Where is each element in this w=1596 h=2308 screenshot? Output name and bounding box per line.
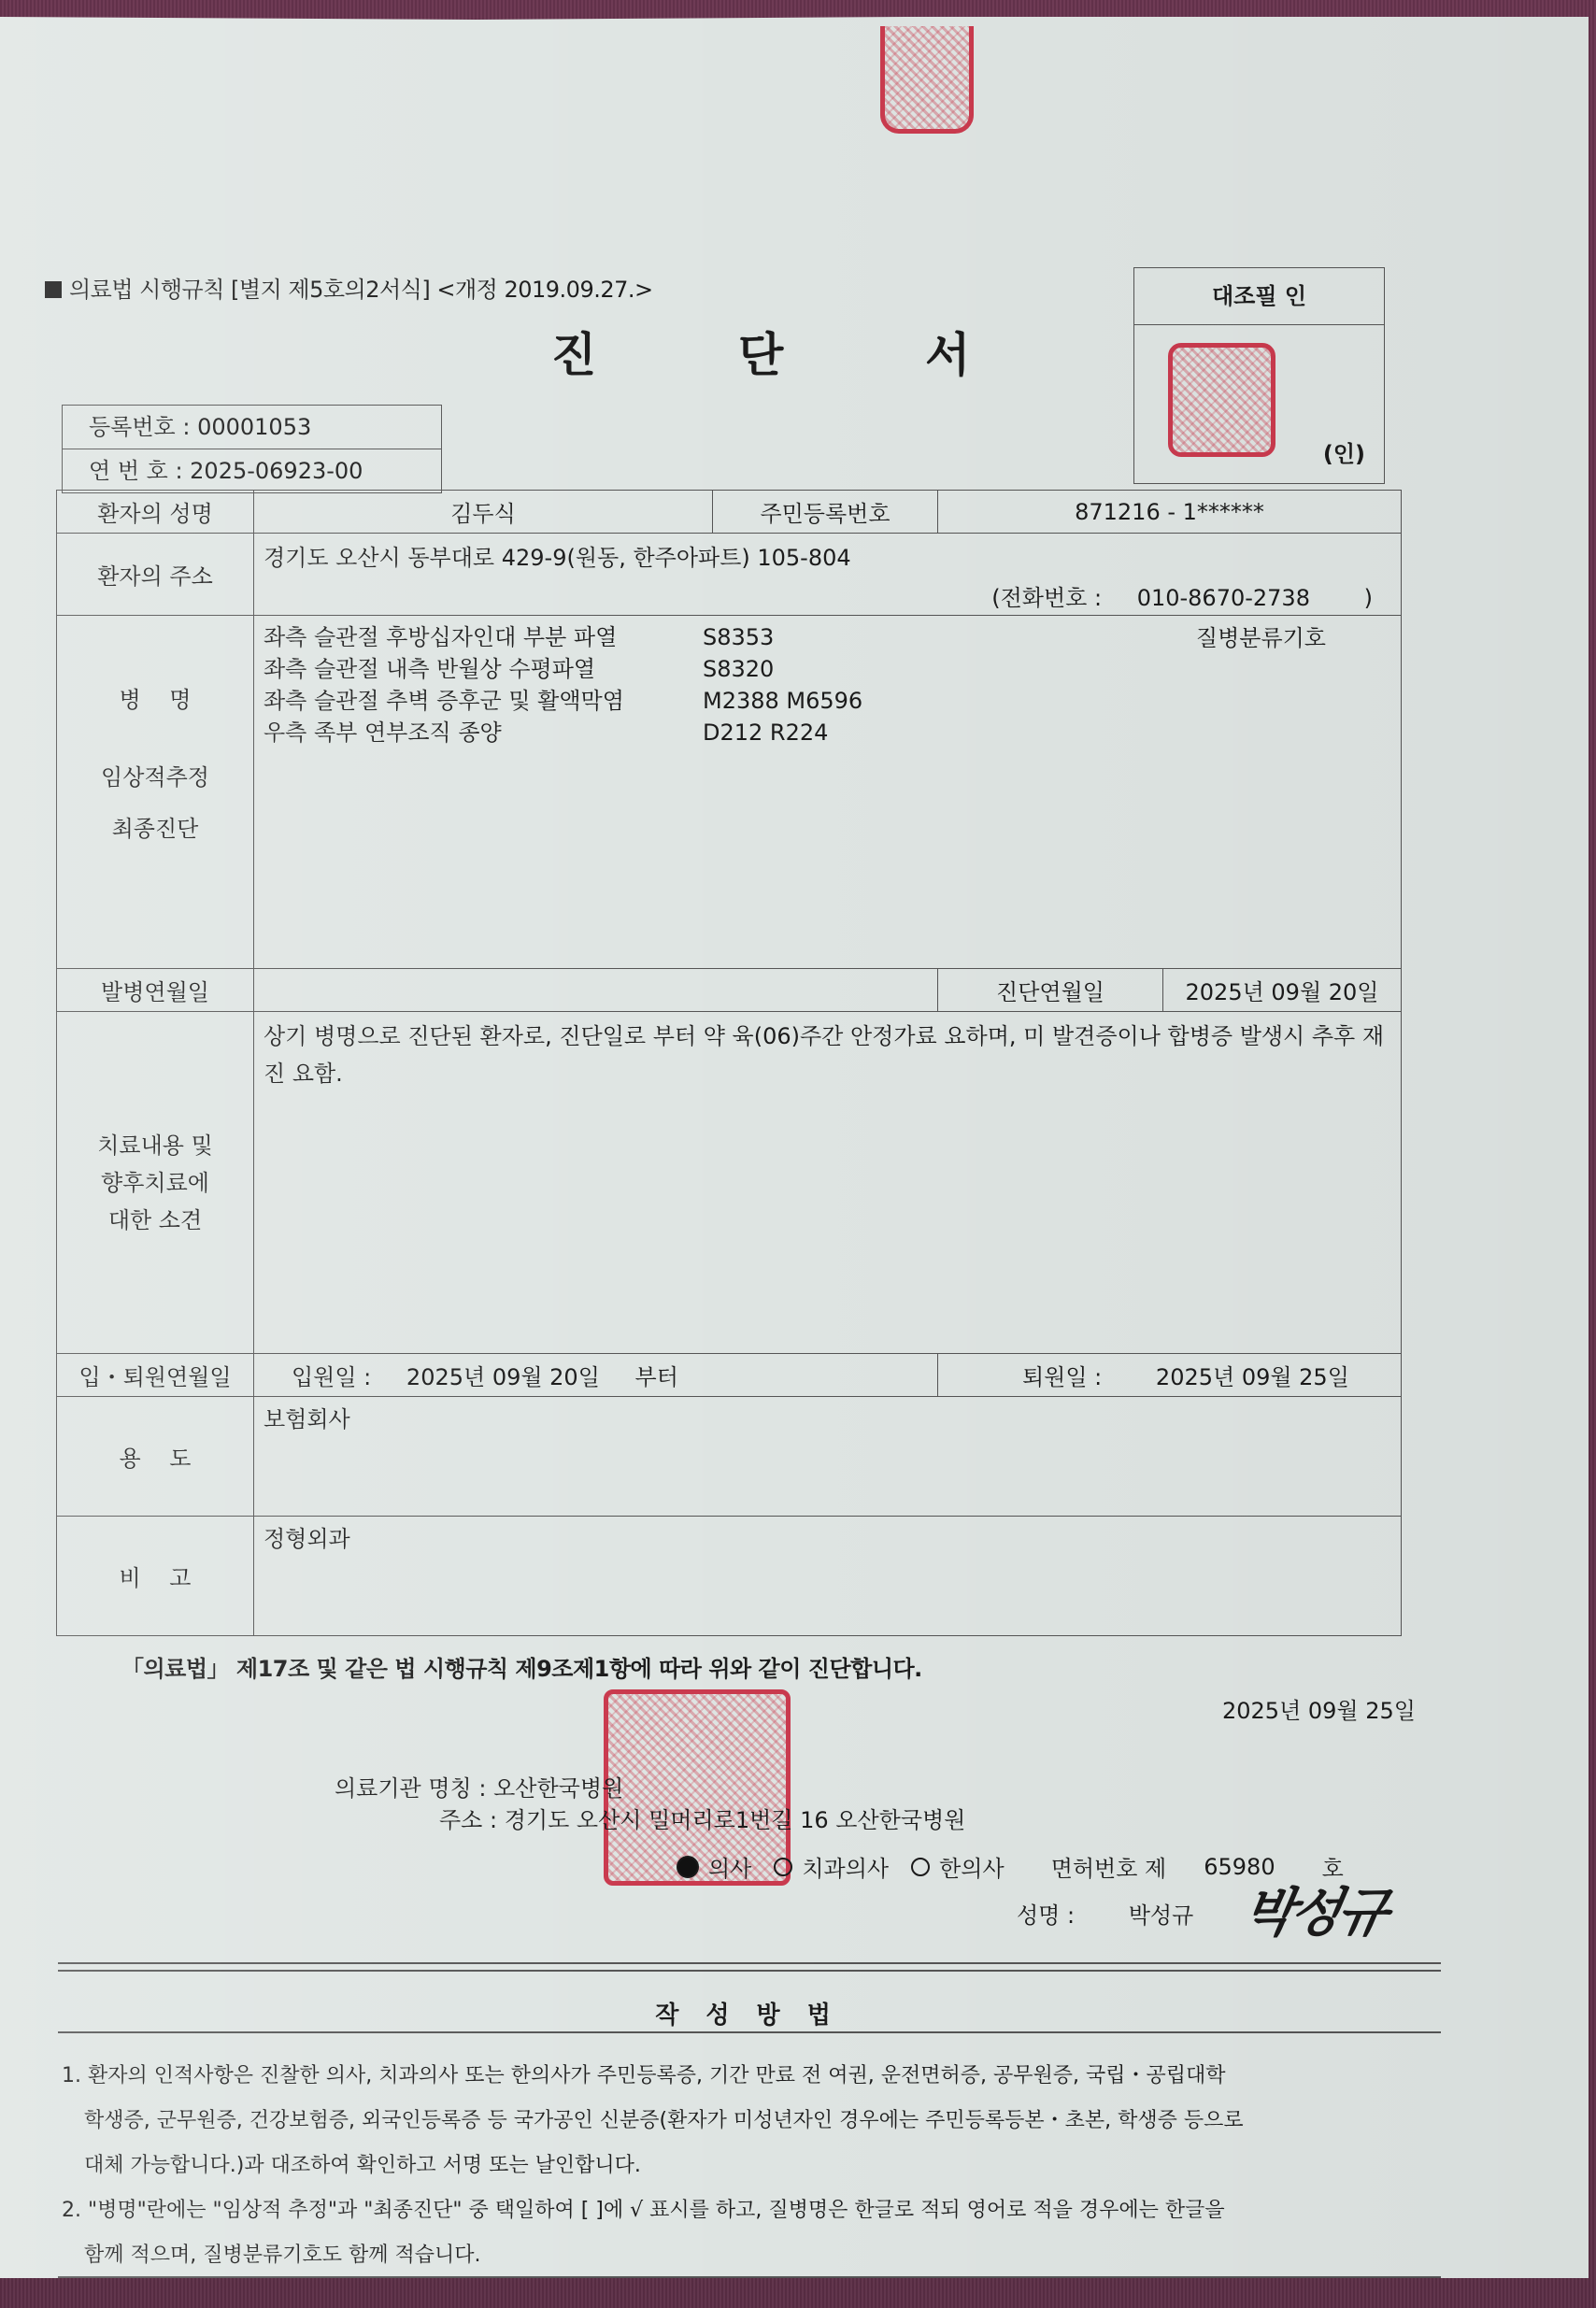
divider (58, 1962, 1441, 1964)
form-reference: 의료법 시행규칙 [별지 제5호의2서식] <개정 2019.09.27.> (45, 271, 653, 304)
instruction-line: 대체 가능합니다.)과 대조하여 확인하고 서명 또는 날인합니다. (62, 2144, 1417, 2188)
final-diagnosis-label: 최종진단 (66, 810, 244, 843)
divider (58, 2031, 1441, 2033)
title-char: 진 (551, 318, 738, 385)
treatment-label: 치료내용 및 향후치료에 대한 소견 (57, 1012, 254, 1354)
institution-address: 경기도 오산시 밀머리로1번길 16 오산한국병원 (505, 1807, 966, 1833)
discharge-date-cell: 퇴원일 : 2025년 09월 25일 (938, 1354, 1402, 1397)
remarks-label: 비 고 (57, 1517, 254, 1636)
diagnosis-item: 좌측 슬관절 내측 반월상 수평파열S8320 (264, 653, 1391, 685)
doctor-name: 박성규 (1129, 1902, 1194, 1929)
institution-name-label: 의료기관 명칭 : (335, 1775, 486, 1802)
rrn-label: 주민등록번호 (713, 491, 938, 534)
treatment-opinion: 상기 병명으로 진단된 환자로, 진단일로 부터 약 육(06)주간 안정가료 … (254, 1012, 1402, 1354)
seal-box-header: 대조필 인 (1134, 268, 1384, 325)
diagnosis-row: 병 명 임상적추정 최종진단 질병분류기호 좌측 슬관절 후방십자인대 부분 파… (57, 616, 1402, 969)
diagnosis-code: M2388 M6596 (703, 685, 862, 717)
divider (58, 1970, 1441, 1972)
admission-date-cell: 입원일 : 2025년 09월 20일 부터 (254, 1354, 938, 1397)
instructions-list: 1. 환자의 인적사항은 진찰한 의사, 치과의사 또는 한의사가 주민등록증,… (62, 2054, 1417, 2278)
diagnosis-label-cell: 병 명 임상적추정 최종진단 (57, 616, 254, 969)
phone-label: (전화번호 : (991, 585, 1102, 611)
diagnosis-code: D212 R224 (703, 717, 828, 748)
registration-box: 등록번호 : 00001053 연 번 호 : 2025-06923-00 (62, 405, 442, 493)
radio-doctor-icon (677, 1856, 699, 1878)
issue-date: 2025년 09월 25일 (1222, 1692, 1416, 1725)
document-title: 진단서 (551, 318, 1112, 385)
diagnosis-name: 좌측 슬관절 후방십자인대 부분 파열 (264, 621, 703, 653)
radio-dentist-icon (774, 1858, 792, 1876)
admit-date: 2025년 09월 20일 (406, 1364, 600, 1390)
remarks-row: 비 고 정형외과 (57, 1517, 1402, 1636)
patient-name-row: 환자의 성명 김두식 주민등록번호 871216 - 1****** (57, 491, 1402, 534)
patient-name-label: 환자의 성명 (57, 491, 254, 534)
radio-oriental-doctor-icon (911, 1858, 930, 1876)
license-label: 면허번호 제 (1051, 1850, 1167, 1883)
rrn-value: 871216 - 1****** (938, 491, 1402, 534)
patient-address-cell: 경기도 오산시 동부대로 429-9(원동, 한주아파트) 105-804 (전… (254, 534, 1402, 616)
admission-label: 입・퇴원연월일 (57, 1354, 254, 1397)
patient-name: 김두식 (254, 491, 713, 534)
doctor-signature: 박성규 (1238, 1872, 1391, 1946)
doctor-type-dentist: 치과의사 (802, 1850, 889, 1883)
admit-label: 입원일 : (292, 1364, 371, 1390)
instruction-line: 학생증, 군무원증, 건강보험증, 외국인등록증 등 국가공인 신분증(환자가 … (62, 2099, 1417, 2144)
admission-row: 입・퇴원연월일 입원일 : 2025년 09월 20일 부터 퇴원일 : 202… (57, 1354, 1402, 1397)
remarks-value: 정형외과 (254, 1517, 1402, 1636)
diagnosis-code: S8353 (703, 621, 774, 653)
doctor-type-oriental: 한의사 (939, 1850, 1005, 1883)
doctor-type-doctor: 의사 (708, 1850, 751, 1883)
verification-seal-box: 대조필 인 (인) (1133, 267, 1385, 484)
square-bullet-icon (45, 281, 62, 298)
diagnosis-item: 우측 족부 연부조직 종양D212 R224 (264, 717, 1391, 748)
seal-mark: (인) (1323, 435, 1365, 468)
instructions-title: 작 성 방 법 (0, 1996, 1495, 2030)
treatment-row: 치료내용 및 향후치료에 대한 소견 상기 병명으로 진단된 환자로, 진단일로… (57, 1012, 1402, 1354)
diagnosis-date: 2025년 09월 20일 (1163, 969, 1402, 1012)
discharge-date: 2025년 09월 25일 (1156, 1364, 1349, 1390)
form-reference-text: 의료법 시행규칙 [별지 제5호의2서식] <개정 2019.09.27.> (69, 277, 653, 303)
treatment-label-line: 향후치료에 (66, 1164, 244, 1202)
instruction-line: 2. "병명"란에는 "임상적 추정"과 "최종진단" 중 택일하여 [ ]에 … (62, 2188, 1417, 2233)
diagnosis-code: S8320 (703, 653, 774, 685)
purpose-value: 보험회사 (254, 1397, 1402, 1517)
patient-address-row: 환자의 주소 경기도 오산시 동부대로 429-9(원동, 한주아파트) 105… (57, 534, 1402, 616)
diagnosis-date-label: 진단연월일 (938, 969, 1163, 1012)
diagnosis-name: 좌측 슬관절 추벽 증후군 및 활액막염 (264, 685, 703, 717)
institution-address-label: 주소 : (439, 1807, 497, 1833)
diagnosis-certificate-paper: 의료법 시행규칙 [별지 제5호의2서식] <개정 2019.09.27.> 진… (0, 17, 1589, 2278)
treatment-label-line: 대한 소견 (66, 1202, 244, 1239)
doctor-name-label: 성명 : (1017, 1902, 1075, 1929)
instruction-line: 1. 환자의 인적사항은 진찰한 의사, 치과의사 또는 한의사가 주민등록증,… (62, 2054, 1417, 2099)
verification-seal-stamp (1168, 343, 1275, 457)
title-char: 서 (925, 318, 1112, 385)
certification-statement: 「의료법」 제17조 및 같은 법 시행규칙 제9조제1항에 따라 위와 같이 … (121, 1650, 922, 1683)
divider (58, 2276, 1441, 2278)
disease-code-header: 질병분류기호 (1196, 620, 1326, 652)
phone-number: 010-8670-2738 (1137, 585, 1310, 611)
institution-name-line: 의료기관 명칭 : 오산한국병원 (335, 1770, 623, 1802)
instruction-line: 함께 적으며, 질병분류기호도 함께 적습니다. (62, 2233, 1417, 2278)
diagnosis-name: 좌측 슬관절 내측 반월상 수평파열 (264, 653, 703, 685)
seal-stamp-top (880, 26, 974, 134)
purpose-row: 용 도 보험회사 (57, 1397, 1402, 1517)
institution-address-line: 주소 : 경기도 오산시 밀머리로1번길 16 오산한국병원 (439, 1802, 965, 1834)
purpose-label: 용 도 (57, 1397, 254, 1517)
certificate-table: 환자의 성명 김두식 주민등록번호 871216 - 1****** 환자의 주… (56, 490, 1402, 1636)
clinical-estimate-label: 임상적추정 (66, 759, 244, 791)
doctor-name-line: 성명 : 박성규 (1017, 1897, 1193, 1930)
patient-address: 경기도 오산시 동부대로 429-9(원동, 한주아파트) 105-804 (264, 539, 1391, 572)
onset-date-value (254, 969, 938, 1012)
institution-name: 오산한국병원 (493, 1775, 623, 1802)
discharge-label: 퇴원일 : (1022, 1364, 1102, 1390)
diagnosis-name: 우측 족부 연부조직 종양 (264, 717, 703, 748)
title-char: 단 (738, 318, 925, 385)
admit-suffix: 부터 (635, 1364, 678, 1390)
patient-phone: (전화번호 : 010-8670-2738 ) (264, 579, 1391, 612)
patient-address-label: 환자의 주소 (57, 534, 254, 616)
diagnosis-content: 질병분류기호 좌측 슬관절 후방십자인대 부분 파열S8353좌측 슬관절 내측… (254, 616, 1402, 969)
doctor-type-row: 의사 치과의사 한의사 면허번호 제 65980 호 (677, 1850, 1344, 1883)
diagnosis-label: 병 명 (66, 681, 244, 714)
treatment-label-line: 치료내용 및 (66, 1127, 244, 1164)
diagnosis-item: 좌측 슬관절 추벽 증후군 및 활액막염M2388 M6596 (264, 685, 1391, 717)
registration-number: 등록번호 : 00001053 (63, 406, 441, 449)
serial-number: 연 번 호 : 2025-06923-00 (63, 449, 441, 492)
dates-row: 발병연월일 진단연월일 2025년 09월 20일 (57, 969, 1402, 1012)
phone-close: ) (1364, 585, 1373, 611)
onset-date-label: 발병연월일 (57, 969, 254, 1012)
